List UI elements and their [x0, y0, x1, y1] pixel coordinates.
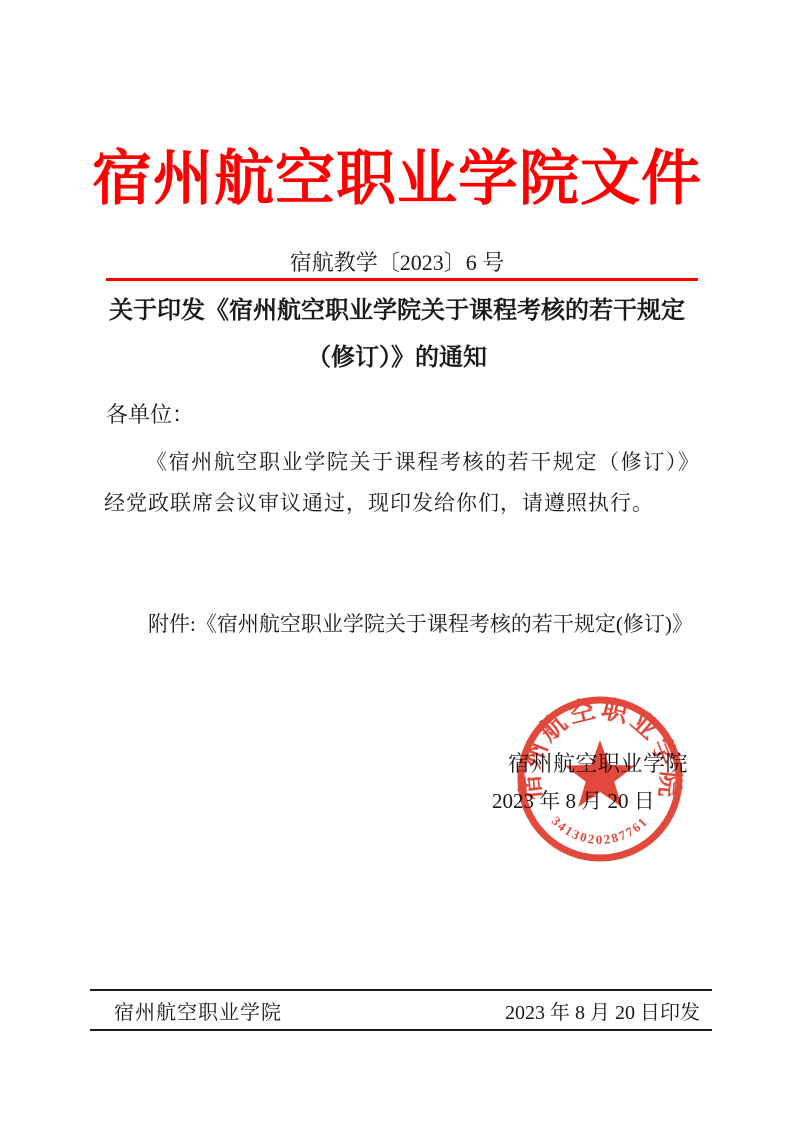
doc-number: 宿航教学〔2023〕6 号: [0, 251, 794, 275]
official-seal: 宿州航空职业学院 3413020287761: [489, 668, 711, 890]
seal-serial: 3413020287761: [549, 813, 651, 847]
body-paragraph: 《宿州航空职业学院关于课程考核的若干规定（修订）》经党政联席会议审议通过，现印发…: [104, 442, 700, 524]
notice-title: 关于印发《宿州航空职业学院关于课程考核的若干规定 （修订）》的通知: [99, 288, 695, 382]
document-page: 宿州航空职业学院文件 宿航教学〔2023〕6 号 关于印发《宿州航空职业学院关于…: [0, 0, 794, 1122]
org-title: 宿州航空职业学院文件: [0, 148, 794, 210]
red-rule-divider: [106, 278, 698, 281]
notice-title-line2: （修订）》的通知: [99, 335, 695, 382]
footer-issuer: 宿州航空职业学院: [90, 996, 282, 1025]
footer-colophon: 宿州航空职业学院 2023 年 8 月 20 日印发: [90, 989, 712, 1031]
notice-title-line1: 关于印发《宿州航空职业学院关于课程考核的若干规定: [99, 288, 695, 335]
salutation: 各单位：: [106, 403, 194, 427]
star-icon: [565, 740, 635, 807]
footer-print-date: 2023 年 8 月 20 日印发: [505, 996, 712, 1025]
attachment-line: 附件:《宿州航空职业学院关于课程考核的若干规定(修订)》: [104, 612, 744, 636]
